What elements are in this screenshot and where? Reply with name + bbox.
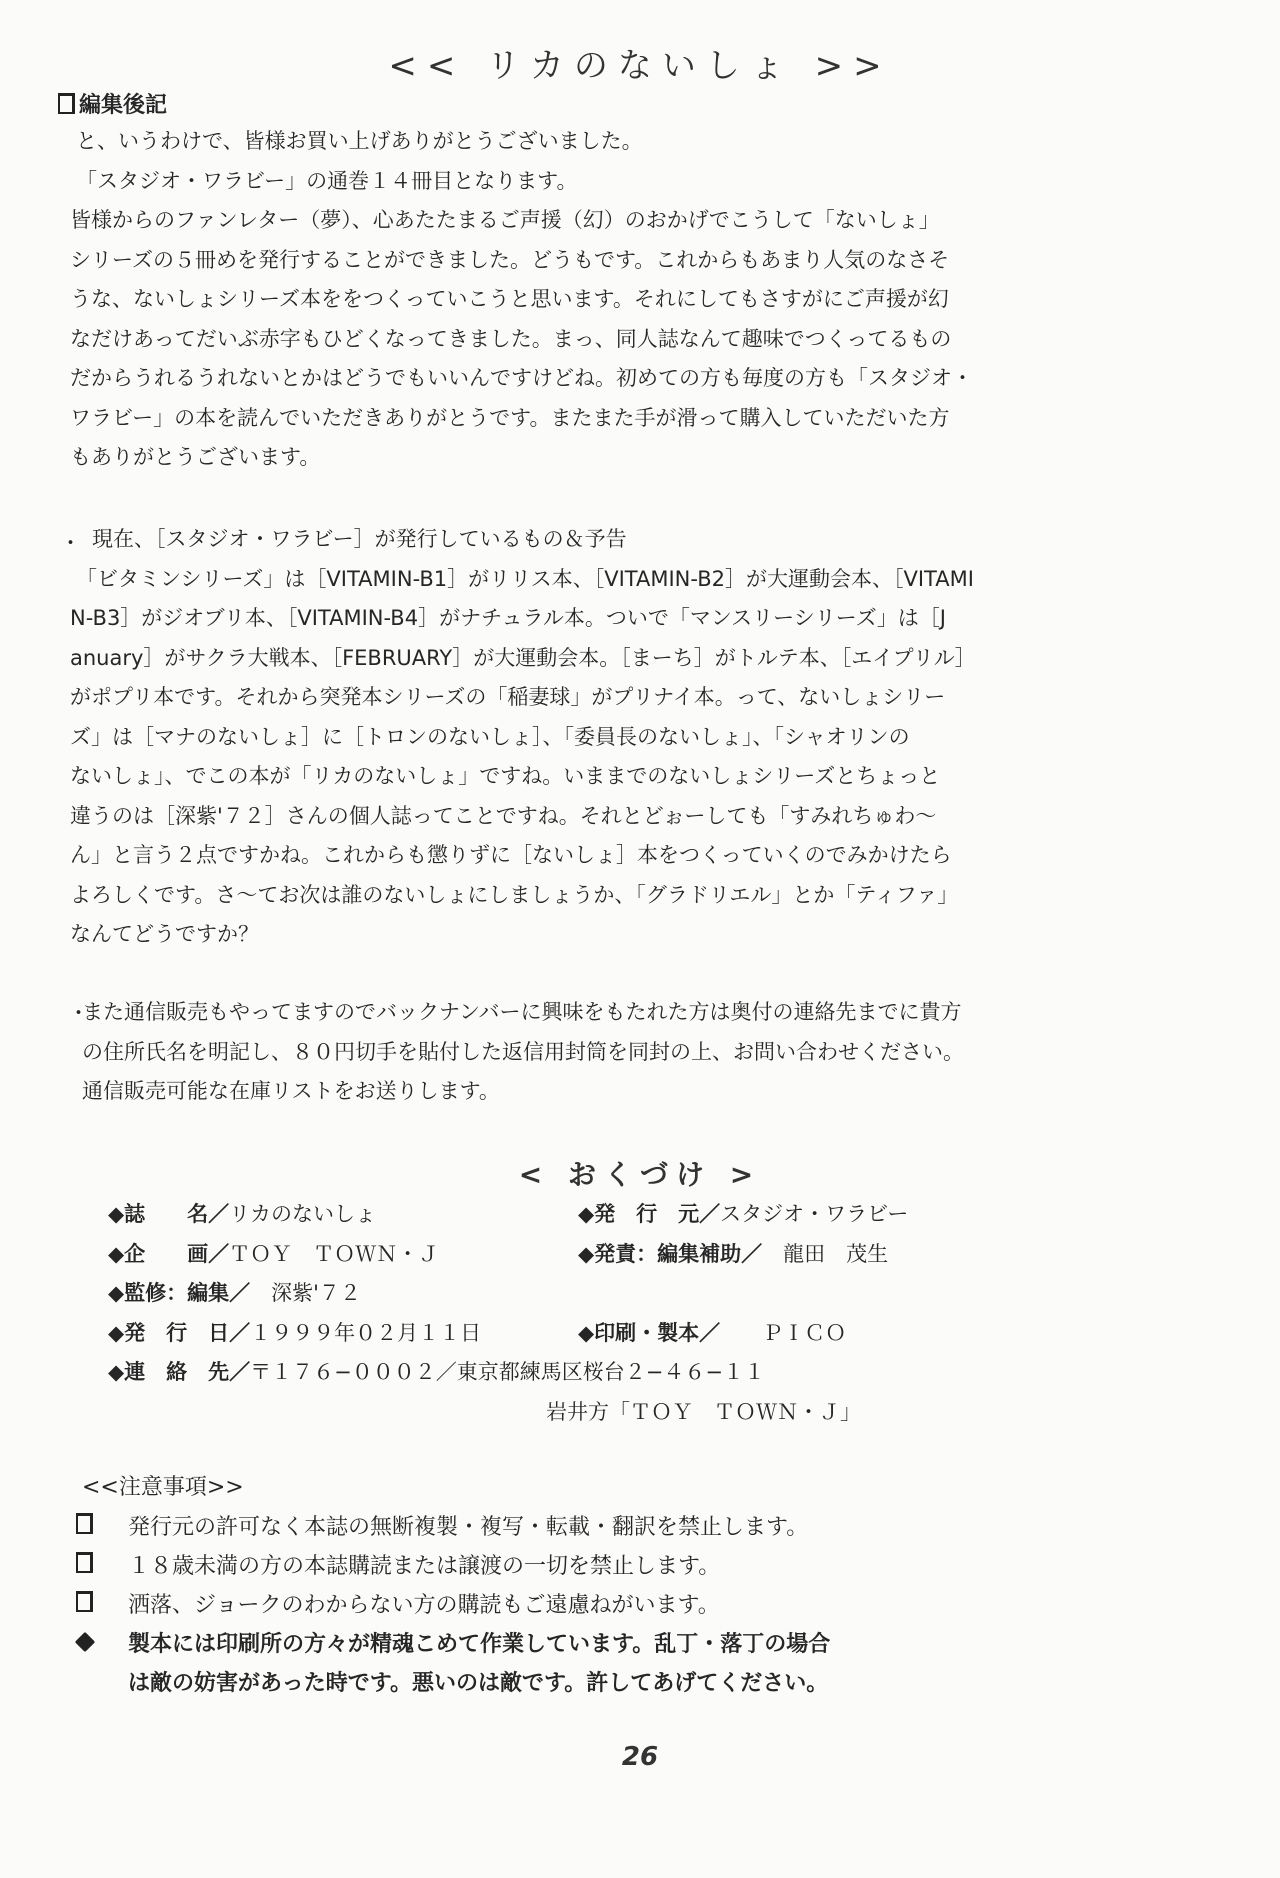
notice-text: 洒落、ジョークのわからない方の購読もご遠慮ねがいます。 — [128, 1586, 720, 1625]
colophon-value: 岩井方「ＴＯＹ ＴＯＷＮ・Ｊ」 — [546, 1393, 861, 1433]
editor-note-heading-text: 編集後記 — [79, 88, 167, 119]
colophon-row: 岩井方「ＴＯＹ ＴＯＷＮ・Ｊ」 — [108, 1393, 908, 1433]
text-line: もありがとうございます。 — [70, 438, 1190, 478]
notice-item: 製本には印刷所の方々が精魂こめて作業しています。乱丁・落丁の場合 — [76, 1625, 830, 1664]
colophon-value: 龍田 茂生 — [762, 1242, 888, 1266]
page-number: 26 — [0, 1742, 1280, 1772]
notices-title: <<注意事項>> — [82, 1470, 244, 1501]
colophon-label: ◆誌 名／ — [108, 1202, 229, 1226]
colophon-label: ◆発責：編集補助／ — [578, 1242, 762, 1266]
text-line: の住所氏名を明記し、８０円切手を貼付した返信用封筒を同封の上、お問い合わせくださ… — [82, 1033, 1202, 1073]
text-line: N-B3］がジオブリ本、［VITAMIN-B4］がナチュラル本。ついで「マンスリ… — [70, 599, 1190, 639]
colophon-label: ◆連 絡 先／ — [108, 1360, 250, 1384]
colophon-value: １９９９年０２月１１日 — [250, 1321, 481, 1345]
colophon-label: ◆発 行 日／ — [108, 1321, 250, 1345]
notices-list: 発行元の許可なく本誌の無断複製・複写・転載・翻訳を禁止します。 １８歳未満の方の… — [76, 1508, 830, 1703]
colophon-label: ◆企 画／ — [108, 1242, 229, 1266]
colophon-label: ◆発 行 元／ — [578, 1202, 720, 1226]
notice-item: 洒落、ジョークのわからない方の購読もご遠慮ねがいます。 — [76, 1586, 830, 1625]
colophon-title: < おくづけ > — [0, 1153, 1280, 1193]
text-line: ないしょ」、でこの本が「リカのないしょ」ですね。いままでのないしょシリーズとちょ… — [70, 757, 1190, 797]
checkbox-square-icon — [76, 1552, 93, 1573]
editor-note-heading: 編集後記 — [58, 88, 167, 119]
colophon-row: ◆発 行 日／１９９９年０２月１１日 ◆印刷・製本／ ＰＩＣＯ — [108, 1314, 908, 1354]
colophon-label: ◆監修：編集／ — [108, 1281, 250, 1305]
notice-text: は敵の妨害があった時です。悪いのは敵です。許してあげてください。 — [128, 1664, 828, 1703]
text-line: 「ビタミンシリーズ」は［VITAMIN-B1］がリリス本、［VITAMIN-B2… — [70, 560, 1190, 600]
colophon-value: スタジオ・ワラビー — [720, 1202, 908, 1226]
document-page: << リカのないしょ >> 編集後記 と、いうわけで、皆様お買い上げありがとうご… — [0, 0, 1280, 1878]
checkbox-square-icon — [76, 1513, 93, 1534]
notice-text: 発行元の許可なく本誌の無断複製・複写・転載・翻訳を禁止します。 — [128, 1508, 808, 1547]
text-line: シリーズの５冊めを発行することができました。どうもです。これからもあまり人気のな… — [70, 241, 1190, 281]
colophon-label: ◆印刷・製本／ — [578, 1321, 720, 1345]
colophon-value: リカのないしょ — [229, 1202, 376, 1226]
current-publications: 現在、［スタジオ・ワラビー］が発行しているもの＆予告 「ビタミンシリーズ」は［V… — [70, 520, 1190, 955]
editor-note-body: と、いうわけで、皆様お買い上げありがとうございました。 「スタジオ・ワラビー」の… — [70, 122, 1190, 478]
text-line: なだけあってだいぶ赤字もひどくなってきました。まっ、同人誌なんて趣味でつくってる… — [70, 320, 1190, 360]
colophon-value: ＴＯＹ ＴＯＷＮ・Ｊ — [229, 1242, 439, 1266]
text-line: また通信販売もやってますのでバックナンバーに興味をもたれた方は奥付の連絡先までに… — [82, 993, 1202, 1033]
colophon-row: ◆連 絡 先／〒１７６−０００２／東京都練馬区桜台２−４６−１１ — [108, 1353, 908, 1393]
notice-item: １８歳未満の方の本誌購読または譲渡の一切を禁止します。 — [76, 1547, 830, 1586]
text-line: と、いうわけで、皆様お買い上げありがとうございました。 — [70, 122, 1190, 162]
mail-order-notice: また通信販売もやってますのでバックナンバーに興味をもたれた方は奥付の連絡先までに… — [82, 993, 1202, 1112]
text-line: ズ」は［マナのないしょ］に［トロンのないしょ］、「委員長のないしょ」、「シャオリ… — [70, 718, 1190, 758]
checkbox-square-icon — [58, 93, 75, 114]
cube-icon — [75, 1632, 95, 1652]
text-line: だからうれるうれないとかはどうでもいいんですけどね。初めての方も毎度の方も「スタ… — [70, 359, 1190, 399]
colophon-value: 深紫'７２ — [250, 1281, 361, 1305]
notice-text: １８歳未満の方の本誌購読または譲渡の一切を禁止します。 — [128, 1547, 720, 1586]
colophon-value: ＰＩＣＯ — [720, 1321, 846, 1345]
checkbox-square-icon — [76, 1591, 93, 1612]
colophon-row: ◆企 画／ＴＯＹ ＴＯＷＮ・Ｊ ◆発責：編集補助／ 龍田 茂生 — [108, 1235, 908, 1275]
text-line: なんてどうですか？ — [70, 915, 1190, 955]
text-line: anuary］がサクラ大戦本、［FEBRUARY］が大運動会本。［まーち］がトル… — [70, 639, 1190, 679]
notice-item: は敵の妨害があった時です。悪いのは敵です。許してあげてください。 — [76, 1664, 830, 1703]
colophon: ◆誌 名／リカのないしょ ◆発 行 元／スタジオ・ワラビー ◆企 画／ＴＯＹ Ｔ… — [108, 1195, 908, 1432]
notice-item: 発行元の許可なく本誌の無断複製・複写・転載・翻訳を禁止します。 — [76, 1508, 830, 1547]
text-line: 「スタジオ・ワラビー」の通巻１４冊目となります。 — [70, 162, 1190, 202]
text-line: 現在、［スタジオ・ワラビー］が発行しているもの＆予告 — [70, 520, 1190, 560]
text-line: ワラビー」の本を読んでいただきありがとうです。またまた手が滑って購入していただい… — [70, 399, 1190, 439]
text-line: 違うのは［深紫'７２］さんの個人誌ってことですね。それとどぉーしても「すみれちゅ… — [70, 797, 1190, 837]
text-line: 通信販売可能な在庫リストをお送りします。 — [82, 1072, 1202, 1112]
text-line: ん」と言う２点ですかね。これからも懲りずに［ないしょ］本をつくっていくのでみかけ… — [70, 836, 1190, 876]
text-line: うな、ないしょシリーズ本ををつくっていこうと思います。それにしてもさすがにご声援… — [70, 280, 1190, 320]
notice-text: 製本には印刷所の方々が精魂こめて作業しています。乱丁・落丁の場合 — [128, 1625, 830, 1664]
text-line: 皆様からのファンレター（夢）、心あたたまるご声援（幻）のおかげでこうして「ないし… — [70, 201, 1190, 241]
colophon-value: 〒１７６−０００２／東京都練馬区桜台２−４６−１１ — [250, 1360, 765, 1384]
page-title: << リカのないしょ >> — [0, 38, 1280, 87]
colophon-row: ◆監修：編集／ 深紫'７２ — [108, 1274, 908, 1314]
text-line: がポプリ本です。それから突発本シリーズの「稲妻球」がプリナイ本。って、ないしょシ… — [70, 678, 1190, 718]
colophon-row: ◆誌 名／リカのないしょ ◆発 行 元／スタジオ・ワラビー — [108, 1195, 908, 1235]
text-line: よろしくです。さ〜てお次は誰のないしょにしましょうか、「グラドリエル」とか「ティ… — [70, 876, 1190, 916]
